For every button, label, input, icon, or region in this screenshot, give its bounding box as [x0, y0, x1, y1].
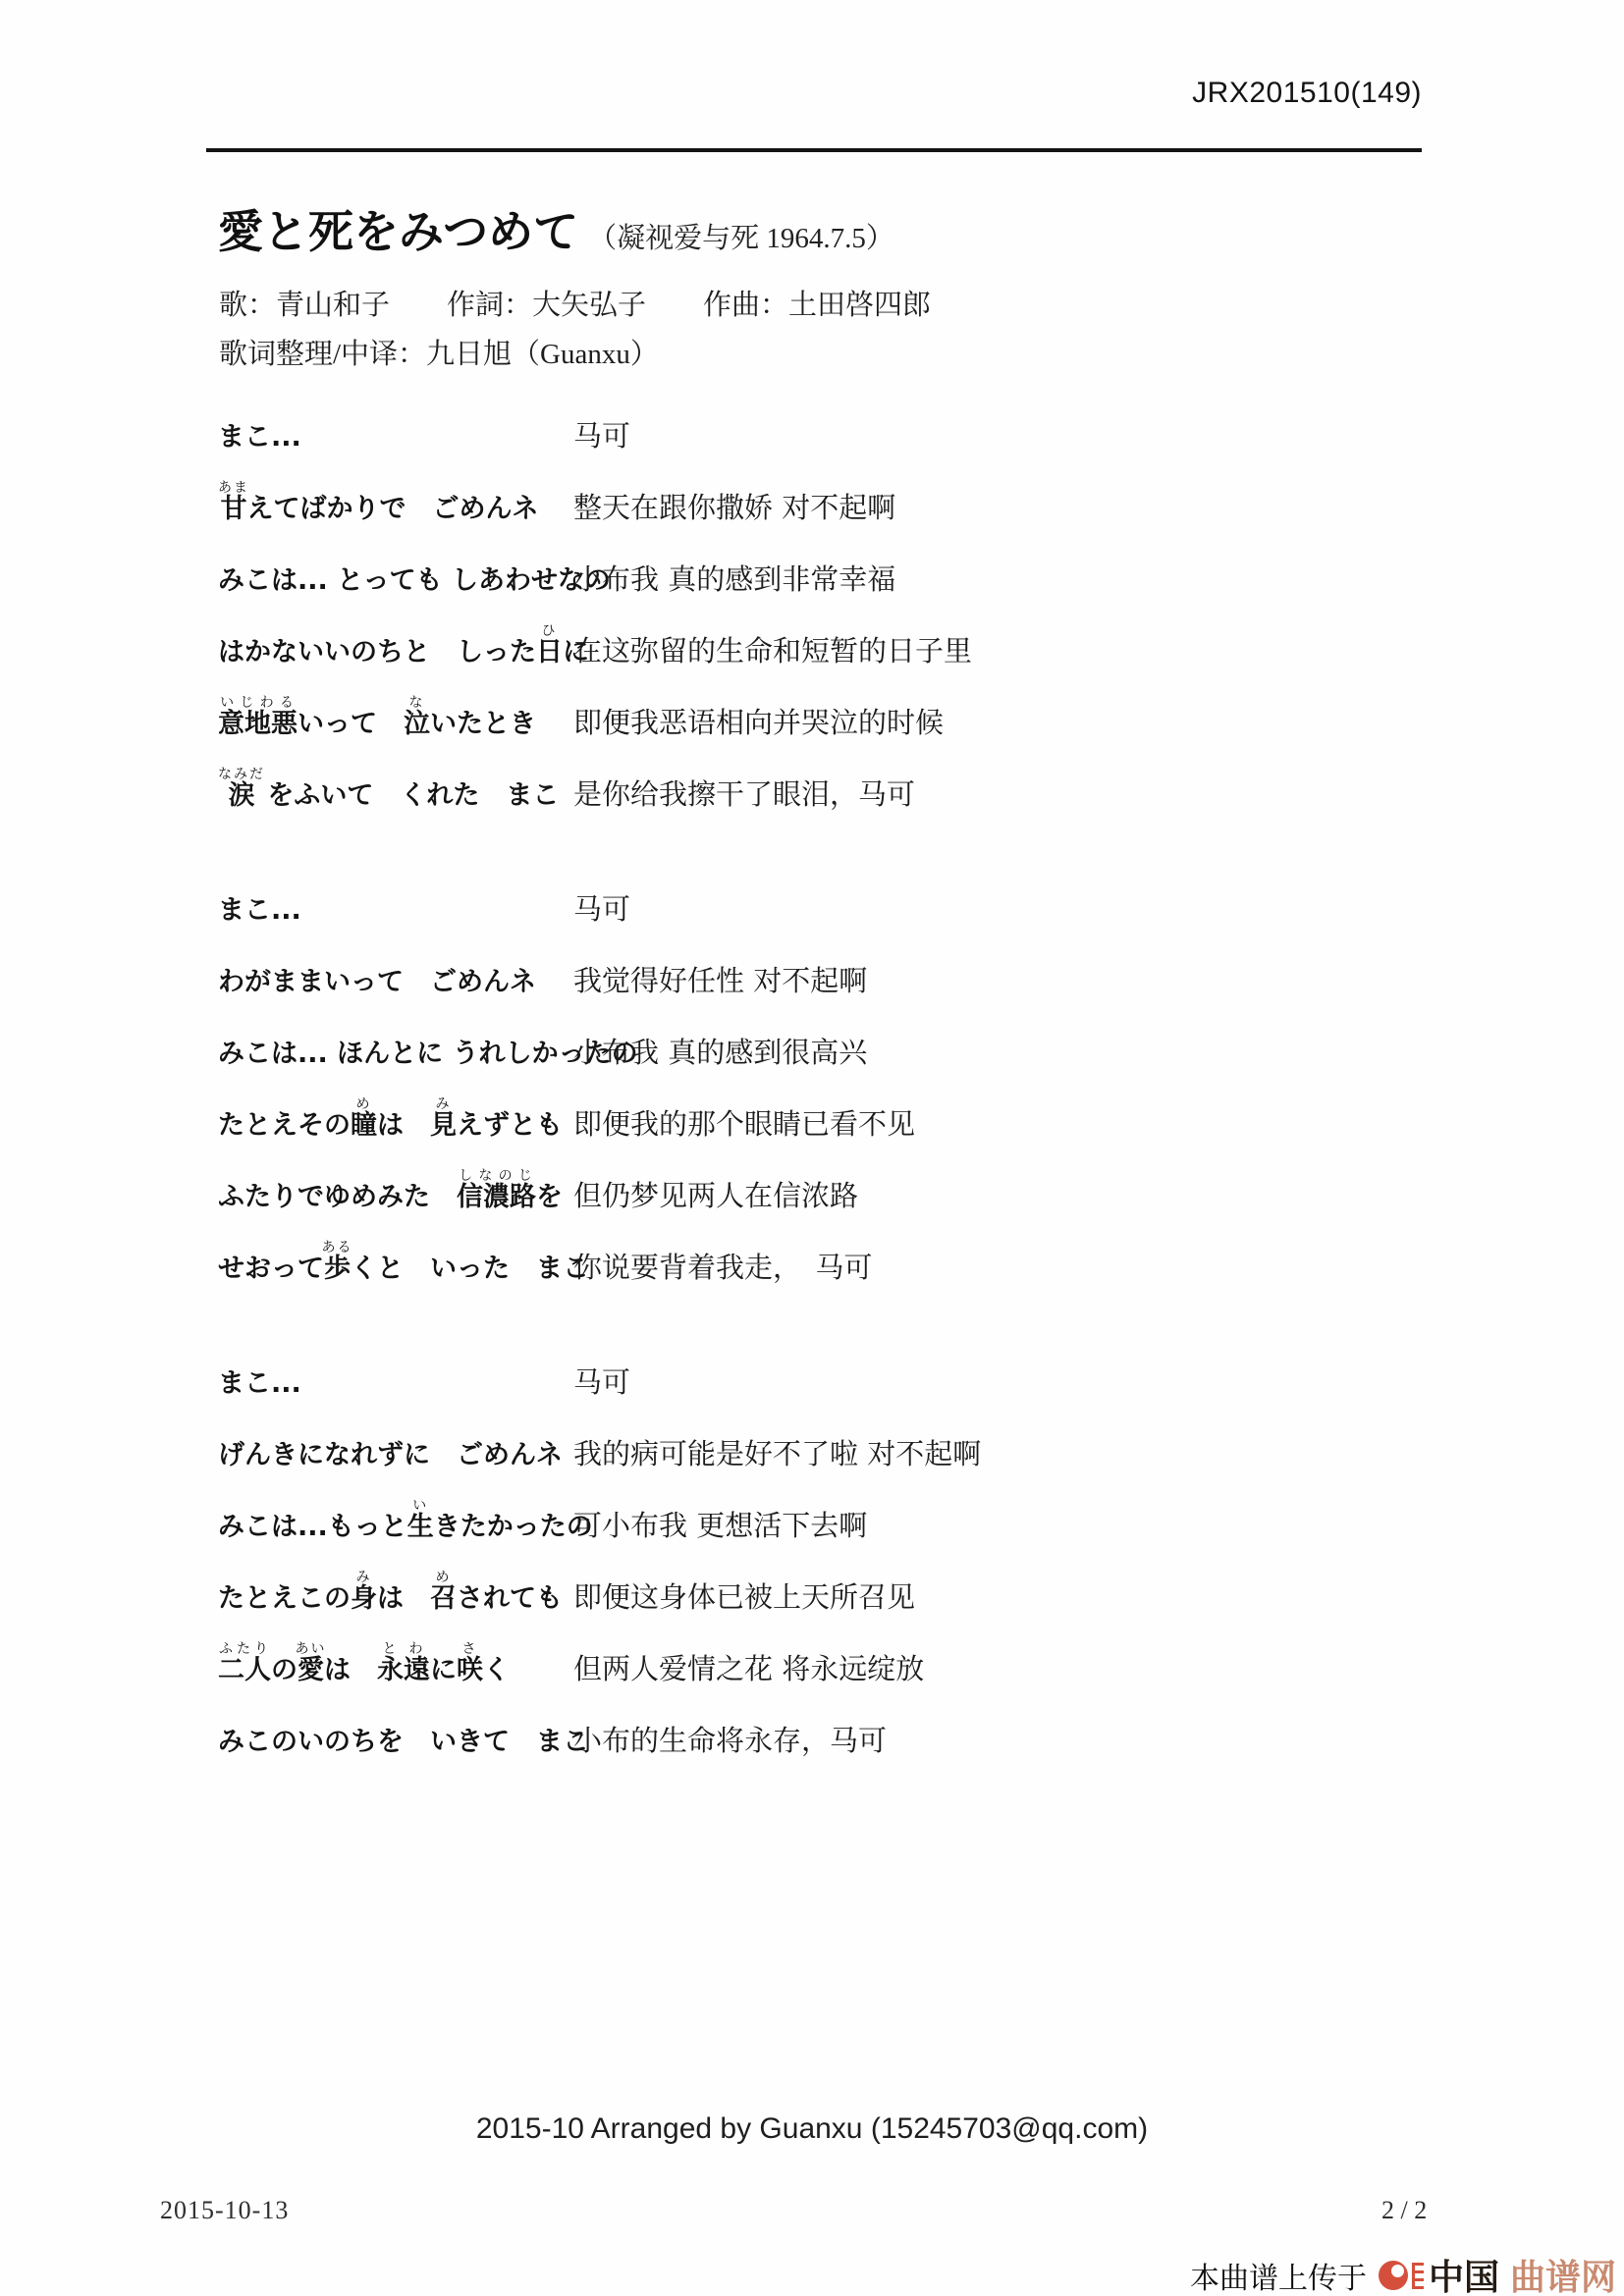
- japanese-lyric: みこは... とっても しあわせなの: [218, 565, 573, 597]
- chinese-translation: 小布我 真的感到很高兴: [573, 1036, 867, 1070]
- chinese-translation: 可小布我 更想活下去啊: [573, 1509, 867, 1543]
- japanese-lyric: はかないいのちと しった日ひに: [218, 623, 573, 668]
- lyric-line: みこは...もっと生いきたかったの可小布我 更想活下去啊: [218, 1471, 1445, 1543]
- lyrics: まこ...马可甘あまえてばかりで ごめんネ整天在跟你撒娇 对不起啊みこは... …: [218, 382, 1445, 1758]
- lyric-line: 意地悪いじわるいって 泣ないたとき即便我恶语相向并哭泣的时候: [218, 668, 1445, 740]
- footer-date: 2015-10-13: [160, 2196, 289, 2225]
- site-badge: 本曲谱上传于 中国 曲谱网: [1190, 2250, 1616, 2296]
- lyric-line: 二人ふたりの愛あいは 永遠とわに咲さく但两人爱情之花 将永远绽放: [218, 1615, 1445, 1686]
- credits-block: 歌：青山和子 作詞：大矢弘子 作曲：土田啓四郎 歌词整理/中译：九日旭（Guan…: [219, 281, 931, 379]
- logo-staff-lines-shape: [1412, 2263, 1424, 2289]
- title-line: 愛と死をみつめて（凝视爱与死 1964.7.5）: [218, 196, 894, 261]
- site-name-dark: 中国: [1429, 2250, 1499, 2296]
- cn-qupu-music-score-icon: [1379, 2257, 1426, 2294]
- japanese-lyric: まこ...: [218, 1368, 573, 1400]
- chinese-translation: 你说要背着我走， 马可: [573, 1251, 873, 1285]
- lyric-line: みこのいのちを いきて まこ小布的生命将永存，马可: [218, 1686, 1445, 1758]
- japanese-lyric: まこ...: [218, 895, 573, 927]
- lyric-line: みこは... ほんとに うれしかったの小布我 真的感到很高兴: [218, 998, 1445, 1070]
- cn-qupu-logo: 中国 曲谱网: [1379, 2250, 1616, 2296]
- japanese-lyric: 二人ふたりの愛あいは 永遠とわに咲さく: [218, 1641, 573, 1686]
- song-title: 愛と死をみつめて: [218, 205, 578, 258]
- lyric-line: たとえこの身みは 召めされても即便这身体已被上天所召见: [218, 1543, 1445, 1615]
- page-number: 2 / 2: [1381, 2196, 1427, 2225]
- chinese-translation: 但仍梦见两人在信浓路: [573, 1179, 858, 1213]
- logo-disc-shape: [1379, 2261, 1408, 2290]
- lyric-line: まこ...马可: [218, 855, 1445, 927]
- chinese-translation: 是你给我擦干了眼泪，马可: [573, 777, 915, 812]
- chinese-translation: 在这弥留的生命和短暂的日子里: [573, 634, 972, 668]
- lyric-line: 甘あまえてばかりで ごめんネ整天在跟你撒娇 对不起啊: [218, 454, 1445, 525]
- lyric-line: たとえその瞳めは 見みえずとも即便我的那个眼睛已看不见: [218, 1070, 1445, 1142]
- japanese-lyric: みこは... ほんとに うれしかったの: [218, 1039, 573, 1070]
- japanese-lyric: たとえその瞳めは 見みえずとも: [218, 1096, 573, 1142]
- document-code: JRX201510(149): [1192, 77, 1422, 110]
- japanese-lyric: みこは...もっと生いきたかったの: [218, 1498, 573, 1543]
- lyric-line: まこ...马可: [218, 382, 1445, 454]
- lyric-line: せおって歩あるくと いった まこ你说要背着我走， 马可: [218, 1213, 1445, 1285]
- chinese-translation: 即便这身体已被上天所召见: [573, 1580, 915, 1615]
- chinese-translation: 整天在跟你撒娇 对不起啊: [573, 491, 895, 525]
- lyric-line: げんきになれずに ごめんネ我的病可能是好不了啦 对不起啊: [218, 1400, 1445, 1471]
- lyric-line: 涙なみだ をふいて くれた まこ是你给我擦干了眼泪，马可: [218, 740, 1445, 812]
- credits-line-2: 歌词整理/中译：九日旭（Guanxu）: [219, 330, 931, 379]
- lyric-line: まこ...马可: [218, 1328, 1445, 1400]
- verse-2: まこ...马可わがままいって ごめんネ我觉得好任性 对不起啊みこは... ほんと…: [218, 855, 1445, 1285]
- japanese-lyric: 意地悪いじわるいって 泣ないたとき: [218, 695, 573, 740]
- chinese-translation: 即便我恶语相向并哭泣的时候: [573, 706, 944, 740]
- lyric-line: みこは... とっても しあわせなの小布我 真的感到非常幸福: [218, 525, 1445, 597]
- arranged-note: 2015-10 Arranged by Guanxu (15245703@qq.…: [0, 2112, 1624, 2146]
- chinese-translation: 马可: [573, 892, 630, 927]
- credits-line-1: 歌：青山和子 作詞：大矢弘子 作曲：土田啓四郎: [219, 281, 931, 330]
- japanese-lyric: 甘あまえてばかりで ごめんネ: [218, 480, 573, 525]
- japanese-lyric: たとえこの身みは 召めされても: [218, 1570, 573, 1615]
- verse-3: まこ...马可げんきになれずに ごめんネ我的病可能是好不了啦 对不起啊みこは..…: [218, 1328, 1445, 1758]
- japanese-lyric: せおって歩あるくと いった まこ: [218, 1240, 573, 1285]
- chinese-translation: 马可: [573, 1365, 630, 1400]
- lyric-line: わがままいって ごめんネ我觉得好任性 对不起啊: [218, 927, 1445, 998]
- lyric-line: はかないいのちと しった日ひに在这弥留的生命和短暂的日子里: [218, 597, 1445, 668]
- chinese-translation: 马可: [573, 419, 630, 454]
- chinese-translation: 即便我的那个眼睛已看不见: [573, 1107, 915, 1142]
- japanese-lyric: ふたりでゆめみた 信濃路しなのじを: [218, 1168, 573, 1213]
- japanese-lyric: 涙なみだ をふいて くれた まこ: [218, 767, 573, 812]
- chinese-translation: 我觉得好任性 对不起啊: [573, 964, 867, 998]
- lyric-line: ふたりでゆめみた 信濃路しなのじを但仍梦见两人在信浓路: [218, 1142, 1445, 1213]
- chinese-translation: 小布的生命将永存，马可: [573, 1724, 887, 1758]
- lyrics-sheet-page: JRX201510(149) 愛と死をみつめて（凝视爱与死 1964.7.5） …: [0, 0, 1624, 2296]
- japanese-lyric: げんきになれずに ごめんネ: [218, 1440, 573, 1471]
- chinese-translation: 我的病可能是好不了啦 对不起啊: [573, 1437, 981, 1471]
- japanese-lyric: みこのいのちを いきて まこ: [218, 1727, 573, 1758]
- japanese-lyric: まこ...: [218, 422, 573, 454]
- chinese-translation: 但两人爱情之花 将永远绽放: [573, 1652, 924, 1686]
- header-divider: [206, 148, 1422, 152]
- site-name-light: 曲谱网: [1510, 2250, 1616, 2296]
- japanese-lyric: わがままいって ごめんネ: [218, 967, 573, 998]
- chinese-translation: 小布我 真的感到非常幸福: [573, 562, 895, 597]
- verse-1: まこ...马可甘あまえてばかりで ごめんネ整天在跟你撒娇 对不起啊みこは... …: [218, 382, 1445, 812]
- upload-note: 本曲谱上传于: [1190, 2254, 1367, 2296]
- song-subtitle: （凝视爱与死 1964.7.5）: [588, 223, 894, 254]
